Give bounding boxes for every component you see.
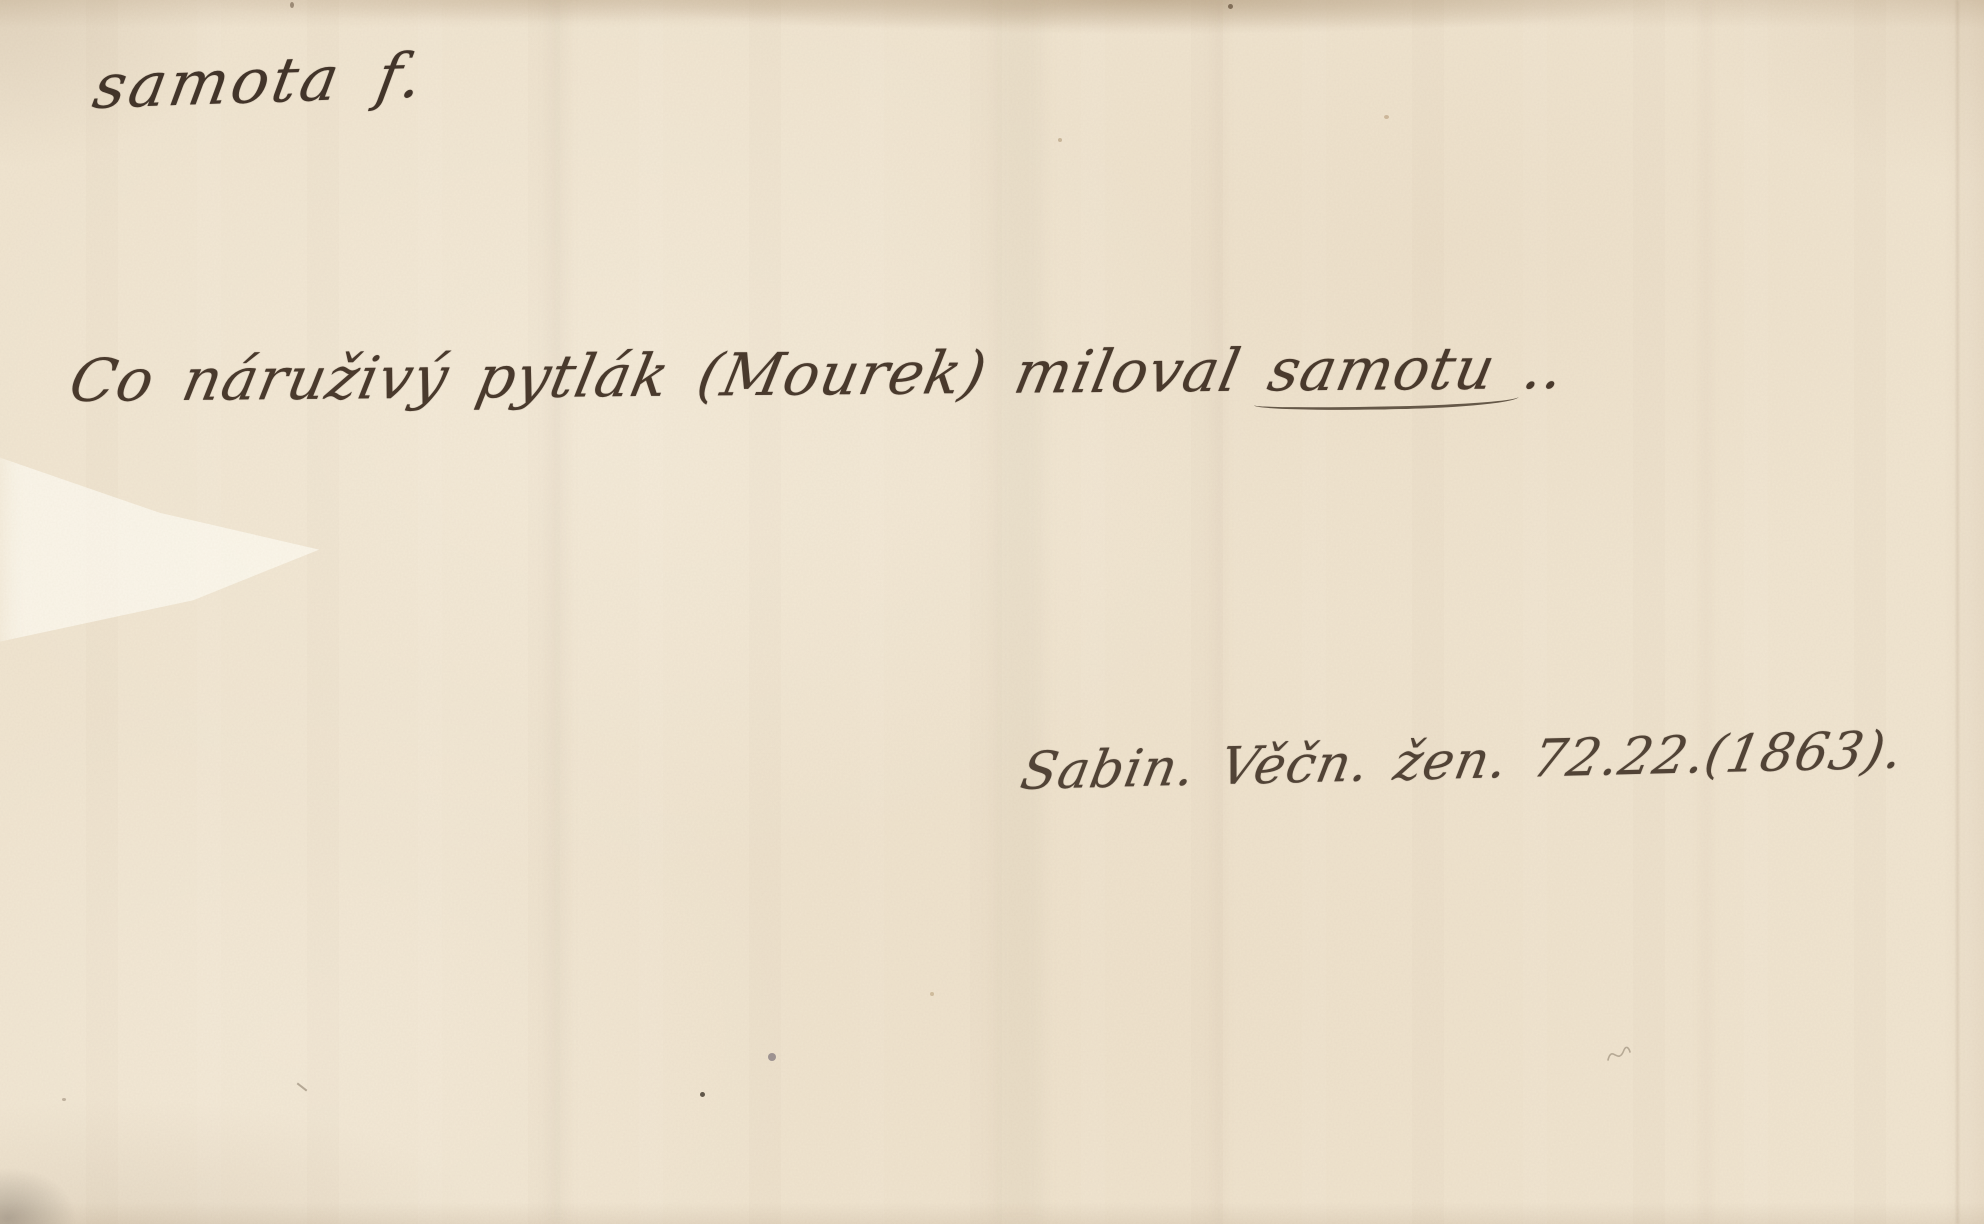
paper-streak bbox=[995, 0, 1043, 1224]
headword-line: samota f. bbox=[88, 39, 431, 123]
paper-streak bbox=[1700, 0, 1712, 1224]
paper-streak bbox=[1212, 0, 1226, 1224]
ink-speck bbox=[700, 1092, 705, 1097]
excerpt-slip-paper: samota f. Co náruživý pytlák (Mourek) mi… bbox=[0, 0, 1984, 1224]
paper-streak bbox=[548, 0, 568, 1224]
faint-squiggle-mark bbox=[1602, 1038, 1636, 1072]
paper-speck bbox=[1058, 138, 1062, 142]
headword-text: samota bbox=[88, 42, 347, 123]
ink-speck bbox=[1228, 4, 1233, 9]
ink-speck bbox=[768, 1053, 776, 1061]
gender-label: f. bbox=[371, 39, 431, 114]
paper-edge-line bbox=[1956, 0, 1959, 1224]
paper-speck bbox=[930, 992, 934, 996]
ink-speck bbox=[290, 2, 294, 8]
quote-underlined-word: samotu bbox=[1263, 334, 1502, 405]
paper-speck bbox=[1384, 115, 1389, 119]
paper-speck bbox=[62, 1098, 66, 1101]
citation-text: Sabin. Věčn. žen. 72.22.(1863). bbox=[1016, 721, 1908, 802]
paper-grain-overlay bbox=[0, 0, 1984, 1224]
quote-line: Co náruživý pytlák (Mourek) miloval samo… bbox=[64, 333, 1571, 415]
quote-text-before: Co náruživý pytlák (Mourek) miloval bbox=[64, 336, 1277, 415]
paper-crease-highlight bbox=[0, 430, 420, 660]
paper-fiber-mark bbox=[297, 1083, 308, 1092]
